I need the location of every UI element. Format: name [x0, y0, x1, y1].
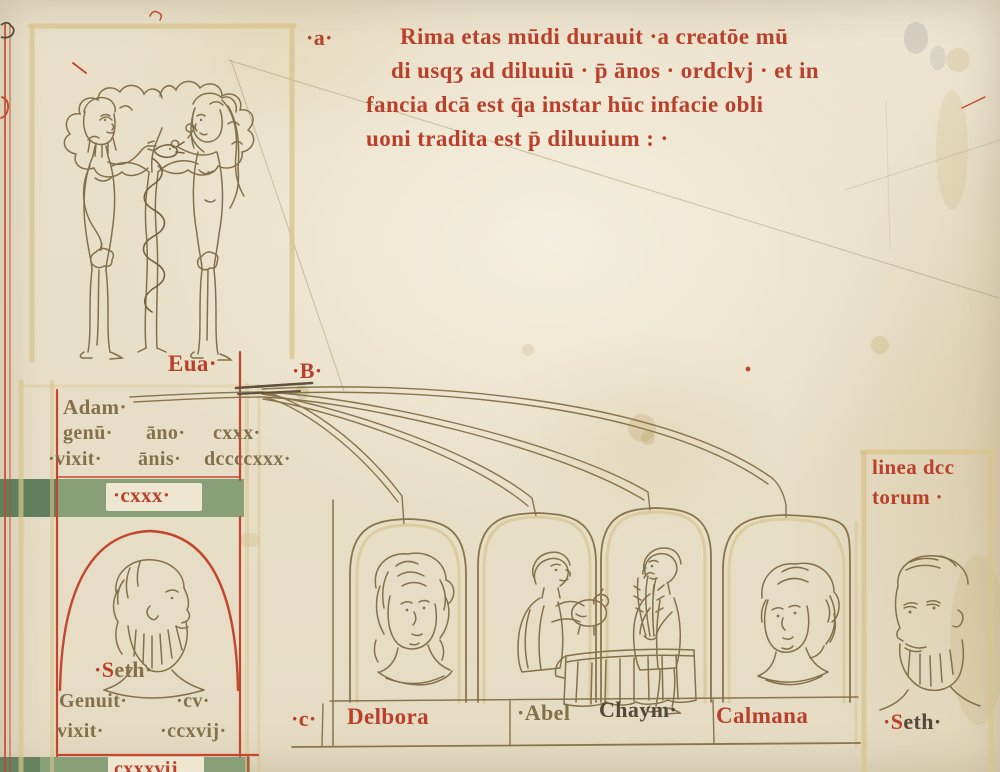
calmana-label: Calmana — [716, 703, 808, 728]
margin-fragment-glyph — [1, 23, 14, 38]
adam-vixit-age: dccccxxx· — [204, 448, 291, 470]
marker-a: ·a· — [306, 26, 333, 50]
abel-label: ·Abel — [517, 701, 570, 725]
seth-right-rest: eth· — [903, 709, 941, 734]
delbora-drawing — [374, 553, 453, 685]
prologue-line-1: Rima etas mūdi durauit ·a creatōe mū — [400, 24, 788, 49]
adam-genuit-anno: āno· — [146, 422, 185, 444]
adam-vixit-word: ·vixit· — [48, 448, 102, 470]
adam-vixit-annis: ānis· — [138, 448, 181, 470]
marker-b: ·B· — [292, 359, 323, 383]
marker-c: ·c· — [291, 707, 317, 731]
adam-eve-tree-drawing — [64, 81, 253, 360]
delbora-label: Delbora — [347, 704, 429, 729]
adam-genuit-word: genū· — [63, 422, 113, 444]
seth-left-initial: ·S — [94, 657, 114, 682]
seth-right-label: ·Seth· — [883, 710, 942, 734]
adam-name: Adam· — [63, 396, 127, 419]
seth-left-vixit-label: vixit· — [57, 720, 104, 742]
manuscript-page: ·a· Rima etas mūdi durauit ·a creatōe mū… — [0, 0, 1000, 772]
adam-genuit-age: cxxx· — [213, 422, 261, 444]
seth-left-genuit-label: Genuit· — [59, 690, 127, 712]
eva-label: Eua· — [168, 351, 217, 376]
prologue-line-4: uoni tradita est p̄ diluuium : · — [366, 126, 669, 151]
prologue-line-3: fancia dcā est q̄a instar hūc infacie ob… — [366, 92, 763, 117]
seth-left-genuit-value: ·cv· — [176, 690, 210, 712]
seth-left-vixit-value: ·ccxvij· — [160, 720, 227, 742]
calmana-drawing — [758, 563, 839, 684]
seth-right-initial: ·S — [883, 709, 903, 734]
chaym-label: Chaym· — [599, 698, 677, 722]
linea-doctorum-line-2: torum · — [872, 486, 943, 509]
prologue-line-2: di usqʒ ad diluuiū · p̄ ānos · ordclvj ·… — [391, 58, 819, 83]
seth-age-band-partial: cxxxvij — [114, 758, 178, 772]
adam-age-band: ·cxxx· — [113, 484, 170, 507]
seth-left-rest: eth· — [114, 657, 152, 682]
seth-left-label: ·Seth· — [94, 658, 153, 682]
linea-doctorum-line-1: linea dcc — [872, 456, 954, 479]
